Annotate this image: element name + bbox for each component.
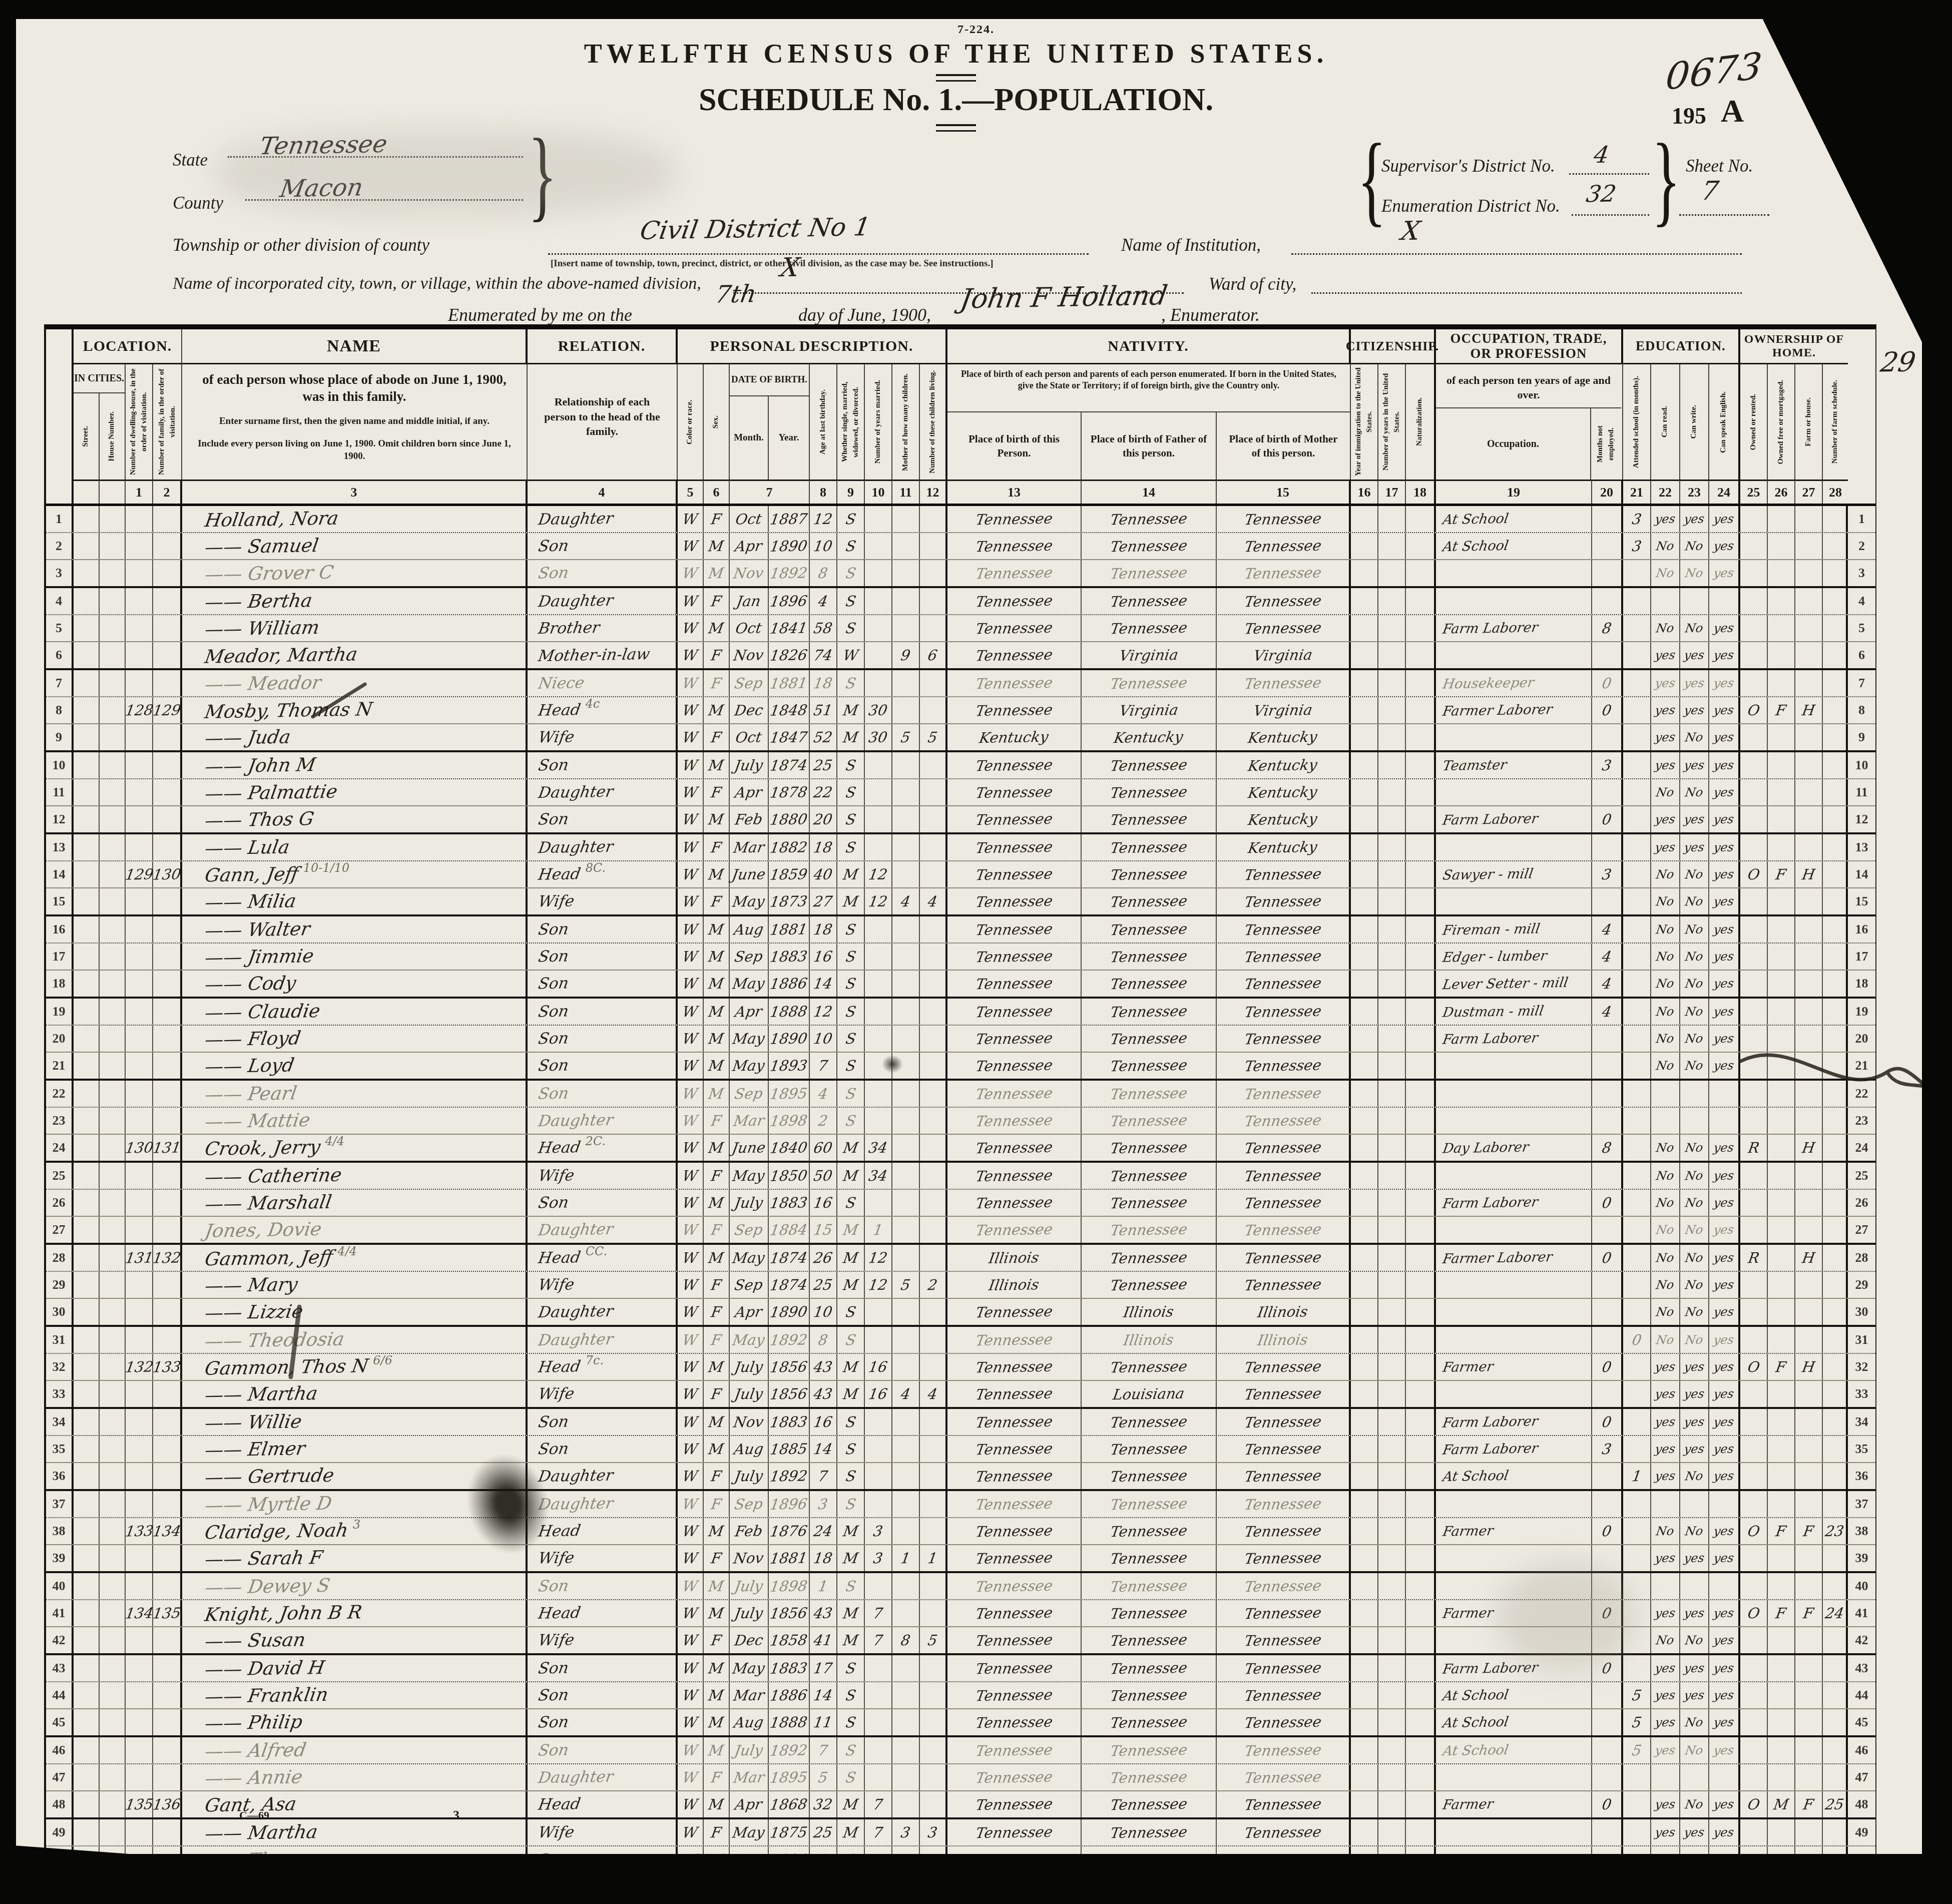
cell-own (1740, 943, 1768, 970)
cell-c16 (1351, 1026, 1378, 1052)
cell-pm: Tennessee (1217, 1409, 1351, 1435)
cell-st (74, 533, 100, 559)
cell-name: —— Catherine (182, 1163, 528, 1189)
cell-s: M (704, 1655, 730, 1681)
cell-ms: S (837, 1299, 865, 1325)
cell-line-number: 22 (46, 1081, 74, 1107)
cell-age: 41 (810, 1627, 837, 1653)
cell-fam (153, 1491, 182, 1517)
cell-fh (1795, 1682, 1823, 1708)
cell-mc (892, 916, 920, 942)
column-header-can-speak: Can speak English. (1709, 364, 1740, 480)
cell-dw (126, 1764, 153, 1790)
cell-st (74, 888, 100, 914)
cell-own (1740, 1737, 1768, 1763)
cell-fm (1768, 506, 1795, 532)
cell-age: 1 (810, 1573, 837, 1599)
cell-en: yes (1709, 1463, 1740, 1489)
cell-fs (1823, 615, 1848, 641)
cell-s: F (704, 1491, 730, 1517)
cell-en (1709, 1081, 1740, 1107)
cell-wr: yes (1680, 1354, 1709, 1380)
cell-pf: Tennessee (1082, 670, 1217, 696)
cell-c16 (1351, 670, 1378, 696)
cell-pb: Tennessee (947, 642, 1082, 668)
cell-c: W (678, 1655, 704, 1681)
cell-bm: Nov (730, 560, 769, 586)
title-rule (936, 74, 976, 82)
cell-pf: Tennessee (1082, 1545, 1217, 1571)
table-row: 43—— David HSonWMMay188317STennesseeTenn… (46, 1655, 1875, 1682)
colnum-12: 12 (920, 480, 947, 504)
cell-st (74, 1108, 100, 1134)
colnum-4: 4 (528, 480, 678, 504)
cell-c18 (1406, 1791, 1436, 1817)
cell-age: 60 (810, 1135, 837, 1161)
cell-line-number-right: 34 (1848, 1409, 1875, 1435)
cell-rel: Son (528, 560, 678, 586)
cell-occ: Farmer Laborer (1436, 697, 1592, 723)
cell-mc (892, 1436, 920, 1462)
group-nativity: NATIVITY. (947, 329, 1351, 364)
cell-c: W (678, 724, 704, 750)
cell-age: 8 (810, 560, 837, 586)
cell-pm: Tennessee (1217, 1190, 1351, 1216)
cell-pb: Tennessee (947, 861, 1082, 887)
cell-line-number: 13 (46, 834, 74, 860)
cell-age: 40 (810, 861, 837, 887)
cell-line-number-right: 40 (1848, 1573, 1875, 1599)
table-row: 5—— WilliamBrotherWMOct184158STennesseeT… (46, 615, 1875, 642)
cell-age: 43 (810, 1600, 837, 1626)
cell-mc (892, 1135, 920, 1161)
cell-fam: 136 (153, 1791, 182, 1817)
name-desc: of each person whose place of abode on J… (195, 371, 514, 405)
cell-en: yes (1709, 1053, 1740, 1079)
cell-wr: yes (1680, 1819, 1709, 1845)
column-header-months-not-employed: Months not employed. (1591, 408, 1621, 480)
cell-cl (920, 560, 947, 586)
cell-c16 (1351, 1163, 1378, 1189)
cell-bm: May (730, 1053, 769, 1079)
cell-fam (153, 1545, 182, 1571)
cell-rel: Son (528, 752, 678, 778)
cell-rel: Daughter (528, 1327, 678, 1353)
cell-c16 (1351, 533, 1378, 559)
cell-rel: Son (528, 1709, 678, 1735)
cell-own (1740, 1409, 1768, 1435)
cell-cl: 4 (920, 888, 947, 914)
cell-age: 7 (810, 1737, 837, 1763)
cell-fm (1768, 1409, 1795, 1435)
cell-rd (1651, 1491, 1680, 1517)
cell-fm (1768, 670, 1795, 696)
cell-ym: 16 (865, 1381, 892, 1407)
cell-rel: Head (528, 1600, 678, 1626)
group-ownership: OWNERSHIP OF HOME. (1740, 329, 1848, 364)
cell-fm (1768, 1737, 1795, 1763)
cell-ym (865, 999, 892, 1025)
cell-ms: S (837, 1026, 865, 1052)
column-header-owned-rented: Owned or rented. (1740, 364, 1768, 480)
cell-line-number: 32 (46, 1354, 74, 1380)
cell-en: yes (1709, 1026, 1740, 1052)
cell-c18 (1406, 1737, 1436, 1763)
cell-bm: May (730, 1026, 769, 1052)
cell-en (1709, 1573, 1740, 1599)
cell-en: yes (1709, 670, 1740, 696)
cell-own (1740, 1272, 1768, 1298)
cell-cl (920, 1108, 947, 1134)
cell-hn (100, 1409, 126, 1435)
cell-wr: yes (1680, 1436, 1709, 1462)
cell-own (1740, 1190, 1768, 1216)
cell-ms: S (837, 1764, 865, 1790)
colnum-3: 3 (182, 480, 528, 504)
cell-by: 1826 (769, 642, 810, 668)
cell-st (74, 1737, 100, 1763)
cell-name: —— Mary (182, 1272, 528, 1298)
colnum-23: 23 (1680, 480, 1709, 504)
cell-c17 (1378, 888, 1406, 914)
cell-sch (1623, 1381, 1651, 1407)
cell-ym (865, 506, 892, 532)
cell-fm (1768, 1573, 1795, 1599)
cell-hn (100, 1026, 126, 1052)
table-header: LOCATION. NAME RELATION. PERSONAL DESCRI… (46, 329, 1875, 506)
cell-fs (1823, 971, 1848, 997)
cell-sch (1623, 697, 1651, 723)
cell-age: 4 (810, 588, 837, 614)
cell-fam (153, 1709, 182, 1735)
cell-sch (1623, 1135, 1651, 1161)
cell-c16 (1351, 697, 1378, 723)
cell-sch: 0 (1623, 1327, 1651, 1353)
cell-fm (1768, 1272, 1795, 1298)
cell-sch (1623, 971, 1651, 997)
cell-fs (1823, 1545, 1848, 1571)
cell-hn (100, 999, 126, 1025)
relation-subheader: Relationship of each person to the head … (528, 364, 678, 480)
cell-cl (920, 1655, 947, 1681)
cell-occ (1436, 834, 1592, 860)
cell-c16 (1351, 752, 1378, 778)
cell-ym (865, 779, 892, 805)
cell-en: yes (1709, 1545, 1740, 1571)
cell-pf: Tennessee (1082, 1600, 1217, 1626)
cell-cl: 2 (920, 1272, 947, 1298)
population-schedule-table: LOCATION. NAME RELATION. PERSONAL DESCRI… (44, 324, 1876, 1876)
cell-pm: Kentucky (1217, 752, 1351, 778)
column-header-occupation: Occupation. (1436, 408, 1591, 480)
cell-by: 1850 (769, 1163, 810, 1189)
cell-rel: Mother-in-law (528, 642, 678, 668)
cell-own (1740, 1327, 1768, 1353)
cell-st (74, 834, 100, 860)
cell-fm (1768, 916, 1795, 942)
cell-ym: 12 (865, 888, 892, 914)
cell-wr (1680, 588, 1709, 614)
cell-name: —— Milia (182, 888, 528, 914)
cell-sch (1623, 1053, 1651, 1079)
cell-by: 1841 (769, 615, 810, 641)
cell-pf: Tennessee (1082, 1791, 1217, 1817)
cell-c: W (678, 1327, 704, 1353)
cell-age: 50 (810, 1163, 837, 1189)
cell-dw: 135 (126, 1791, 153, 1817)
cell-hn (100, 1737, 126, 1763)
cell-s: F (704, 779, 730, 805)
cell-s: M (704, 1573, 730, 1599)
cell-fam: 129 (153, 697, 182, 723)
cell-wr: No (1680, 1217, 1709, 1243)
cell-bm: July (730, 752, 769, 778)
cell-rd: No (1651, 861, 1680, 887)
cell-fam (153, 779, 182, 805)
cell-bm: Mar (730, 834, 769, 860)
cell-s: M (704, 1791, 730, 1817)
cell-own (1740, 1655, 1768, 1681)
cell-c18 (1406, 533, 1436, 559)
cell-line-number-right: 29 (1848, 1272, 1875, 1298)
cell-line-number: 5 (46, 615, 74, 641)
cell-dw (126, 888, 153, 914)
cell-en: yes (1709, 779, 1740, 805)
cell-cl (920, 1135, 947, 1161)
cell-ms: S (837, 1463, 865, 1489)
cell-line-number-right: 4 (1848, 588, 1875, 614)
table-row: 27Jones, DovieDaughterWFSep188415M1Tenne… (46, 1217, 1875, 1245)
cell-sch (1623, 1217, 1651, 1243)
cell-pf: Virginia (1082, 642, 1217, 668)
cell-st (74, 1163, 100, 1189)
cell-line-number: 3 (46, 560, 74, 586)
cell-cl (920, 1190, 947, 1216)
cell-age: 12 (810, 506, 837, 532)
cell-mc (892, 1108, 920, 1134)
cell-bm: July (730, 1573, 769, 1599)
cell-wr: No (1680, 861, 1709, 887)
cell-pf: Tennessee (1082, 1190, 1217, 1216)
column-header-month: Month. (730, 396, 769, 480)
cell-s: M (704, 1436, 730, 1462)
cell-c17 (1378, 1463, 1406, 1489)
cell-hn (100, 888, 126, 914)
cell-rel: Son (528, 1026, 678, 1052)
cell-by: 1890 (769, 533, 810, 559)
cell-pf: Tennessee (1082, 1491, 1217, 1517)
cell-own: O (1740, 1791, 1768, 1817)
scan-edge-top (0, 0, 1952, 19)
cell-c16 (1351, 916, 1378, 942)
cell-st (74, 1327, 100, 1353)
cell-fm (1768, 1436, 1795, 1462)
cell-fh (1795, 1627, 1823, 1653)
cell-mne: 0 (1592, 670, 1623, 696)
cell-c18 (1406, 1163, 1436, 1189)
cell-c16 (1351, 1245, 1378, 1271)
cell-en: yes (1709, 1627, 1740, 1653)
cell-c16 (1351, 1409, 1378, 1435)
cell-rel: Daughter (528, 588, 678, 614)
cell-ym: 30 (865, 724, 892, 750)
cell-c: W (678, 506, 704, 532)
cell-hn (100, 1819, 126, 1845)
cell-fm (1768, 1764, 1795, 1790)
cell-c17 (1378, 1764, 1406, 1790)
cell-pm: Tennessee (1217, 999, 1351, 1025)
cell-c18 (1406, 1682, 1436, 1708)
cell-c16 (1351, 506, 1378, 532)
group-education: EDUCATION. (1623, 329, 1740, 364)
cell-fam: 132 (153, 1245, 182, 1271)
cell-pf: Tennessee (1082, 1409, 1217, 1435)
cell-en: yes (1709, 861, 1740, 887)
cell-line-number-right: 6 (1848, 642, 1875, 668)
cell-cl: 4 (920, 1381, 947, 1407)
cell-mc (892, 1053, 920, 1079)
cell-c: W (678, 1463, 704, 1489)
cell-st (74, 806, 100, 832)
cell-fh (1795, 1217, 1823, 1243)
cell-bm: Sep (730, 1491, 769, 1517)
cell-c16 (1351, 1709, 1378, 1735)
cell-c17 (1378, 1491, 1406, 1517)
cell-pf: Tennessee (1082, 1518, 1217, 1544)
table-row: 16—— WalterSonWMAug188118STennesseeTenne… (46, 916, 1875, 943)
cell-s: F (704, 1381, 730, 1407)
cell-pm: Tennessee (1217, 1791, 1351, 1817)
cell-fm: F (1768, 1600, 1795, 1626)
table-row: 45—— PhilipSonWMAug188811STennesseeTenne… (46, 1709, 1875, 1737)
cell-fm: F (1768, 1518, 1795, 1544)
cell-en: yes (1709, 1518, 1740, 1544)
cell-mne (1592, 1053, 1623, 1079)
cell-by: 1893 (769, 1053, 810, 1079)
cell-hn (100, 943, 126, 970)
cell-c16 (1351, 1436, 1378, 1462)
cell-fm: M (1768, 1791, 1795, 1817)
township-line (548, 253, 1089, 255)
cell-c18 (1406, 916, 1436, 942)
cell-pf: Tennessee (1082, 1163, 1217, 1189)
cell-sch: 3 (1623, 506, 1651, 532)
table-row: 14129130Gann, Jeff10-1/10Head8C.WMJune18… (46, 861, 1875, 888)
cell-line-number-right: 39 (1848, 1545, 1875, 1571)
cell-wr: No (1680, 1190, 1709, 1216)
cell-wr: yes (1680, 1682, 1709, 1708)
cell-name: —— Dewey S (182, 1573, 528, 1599)
cell-own (1740, 1463, 1768, 1489)
cell-wr: No (1680, 1327, 1709, 1353)
cell-name: —— Thos G (182, 806, 528, 832)
cell-fh (1795, 1709, 1823, 1735)
cell-ym (865, 1463, 892, 1489)
cell-hn (100, 533, 126, 559)
cell-s: M (704, 697, 730, 723)
cell-name: Crook, Jerry4/4 (182, 1135, 528, 1161)
colnum-20: 20 (1592, 480, 1623, 504)
cell-fs (1823, 916, 1848, 942)
cell-st (74, 1381, 100, 1407)
cell-pf: Tennessee (1082, 779, 1217, 805)
cell-pf: Tennessee (1082, 615, 1217, 641)
cell-cl (920, 834, 947, 860)
cell-pm: Tennessee (1217, 1491, 1351, 1517)
cell-rd: No (1651, 1135, 1680, 1161)
cell-pf: Tennessee (1082, 943, 1217, 970)
cell-en: yes (1709, 1327, 1740, 1353)
cell-by: 1847 (769, 724, 810, 750)
cell-pb: Tennessee (947, 1081, 1082, 1107)
cell-st (74, 1491, 100, 1517)
cell-line-number: 18 (46, 971, 74, 997)
cell-fs (1823, 1299, 1848, 1325)
cell-fm (1768, 1491, 1795, 1517)
cell-fam (153, 834, 182, 860)
cell-mc: 3 (892, 1819, 920, 1845)
cell-pm: Illinois (1217, 1327, 1351, 1353)
cell-fs (1823, 1163, 1848, 1189)
cell-age: 10 (810, 533, 837, 559)
cell-c17 (1378, 1737, 1406, 1763)
cell-by: 1885 (769, 1436, 810, 1462)
cell-cl (920, 1791, 947, 1817)
cell-pf: Illinois (1082, 1299, 1217, 1325)
cell-rel: Son (528, 1573, 678, 1599)
table-row: 32132133Gammon, Thos N6/6Head7c.WMJuly18… (46, 1354, 1875, 1381)
cell-cl (920, 1081, 947, 1107)
cell-occ: Sawyer - mill (1436, 861, 1592, 887)
cell-dw (126, 1709, 153, 1735)
cell-sch (1623, 1819, 1651, 1845)
cell-line-number: 44 (46, 1682, 74, 1708)
cell-line-number-right: 9 (1848, 724, 1875, 750)
cell-mne: 0 (1592, 1245, 1623, 1271)
cell-age: 74 (810, 642, 837, 668)
cell-pm: Kentucky (1217, 724, 1351, 750)
cell-sch (1623, 1627, 1651, 1653)
cell-dw (126, 1026, 153, 1052)
table-row: 6Meador, MarthaMother-in-lawWFNov182674W… (46, 642, 1875, 670)
cell-hn (100, 724, 126, 750)
page-title: TWELFTH CENSUS OF THE UNITED STATES. (0, 38, 1912, 69)
cell-line-number: 6 (46, 642, 74, 668)
cell-c: W (678, 943, 704, 970)
cell-st (74, 1463, 100, 1489)
cell-fh (1795, 506, 1823, 532)
cell-sch (1623, 999, 1651, 1025)
cell-ym (865, 533, 892, 559)
ink-swirl (1737, 1026, 1952, 1131)
cell-c18 (1406, 1053, 1436, 1079)
cell-mc (892, 1217, 920, 1243)
cell-fs (1823, 1354, 1848, 1380)
cell-rd: yes (1651, 670, 1680, 696)
cell-cl (920, 999, 947, 1025)
cell-dw (126, 1409, 153, 1435)
cell-pb: Tennessee (947, 1737, 1082, 1763)
cell-occ (1436, 1108, 1592, 1134)
cell-dw (126, 615, 153, 641)
cell-ym: 12 (865, 1245, 892, 1271)
cell-c16 (1351, 1764, 1378, 1790)
cell-c: W (678, 1245, 704, 1271)
table-row: 8128129Mosby, Thomas NHead4cWMDec184851M… (46, 697, 1875, 724)
cell-c16 (1351, 1217, 1378, 1243)
cell-c18 (1406, 888, 1436, 914)
cell-s: F (704, 1272, 730, 1298)
